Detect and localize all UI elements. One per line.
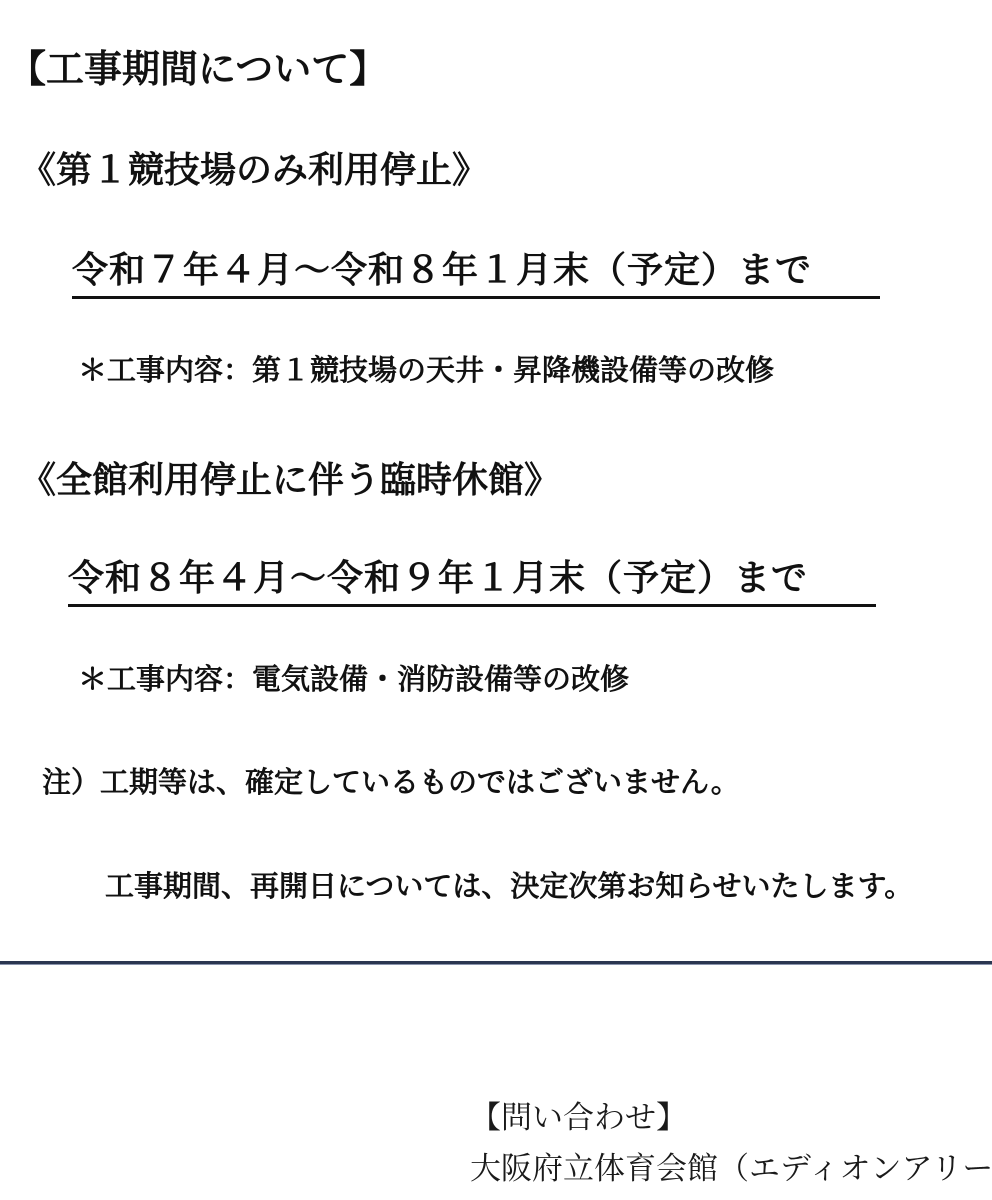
section-title-first-arena-closure: 《第１競技場のみ利用停止》 xyxy=(20,152,488,188)
section-heading-construction-period: 【工事期間について】 xyxy=(8,50,387,88)
contact-organization: 大阪府立体育会館（エディオンアリーナ xyxy=(470,1153,992,1184)
contact-label: 【問い合わせ】 xyxy=(470,1102,687,1133)
section-title-full-closure: 《全館利用停止に伴う臨時休館》 xyxy=(20,462,560,498)
closure-period-full-building: 令和８年４月～令和９年１月末（予定）まで xyxy=(68,560,876,607)
note-announcement-pending: 工事期間、再開日については、決定次第お知らせいたします。 xyxy=(105,872,913,901)
section-divider xyxy=(0,961,992,965)
work-description-first-arena: ＊工事内容：第１競技場の天井・昇降機設備等の改修 xyxy=(78,356,774,385)
note-schedule-not-confirmed: 注）工期等は、確定しているものではございません。 xyxy=(42,768,740,797)
closure-period-first-arena: 令和７年４月～令和８年１月末（予定）まで xyxy=(72,252,880,299)
work-description-full-building: ＊工事内容：電気設備・消防設備等の改修 xyxy=(78,665,629,694)
